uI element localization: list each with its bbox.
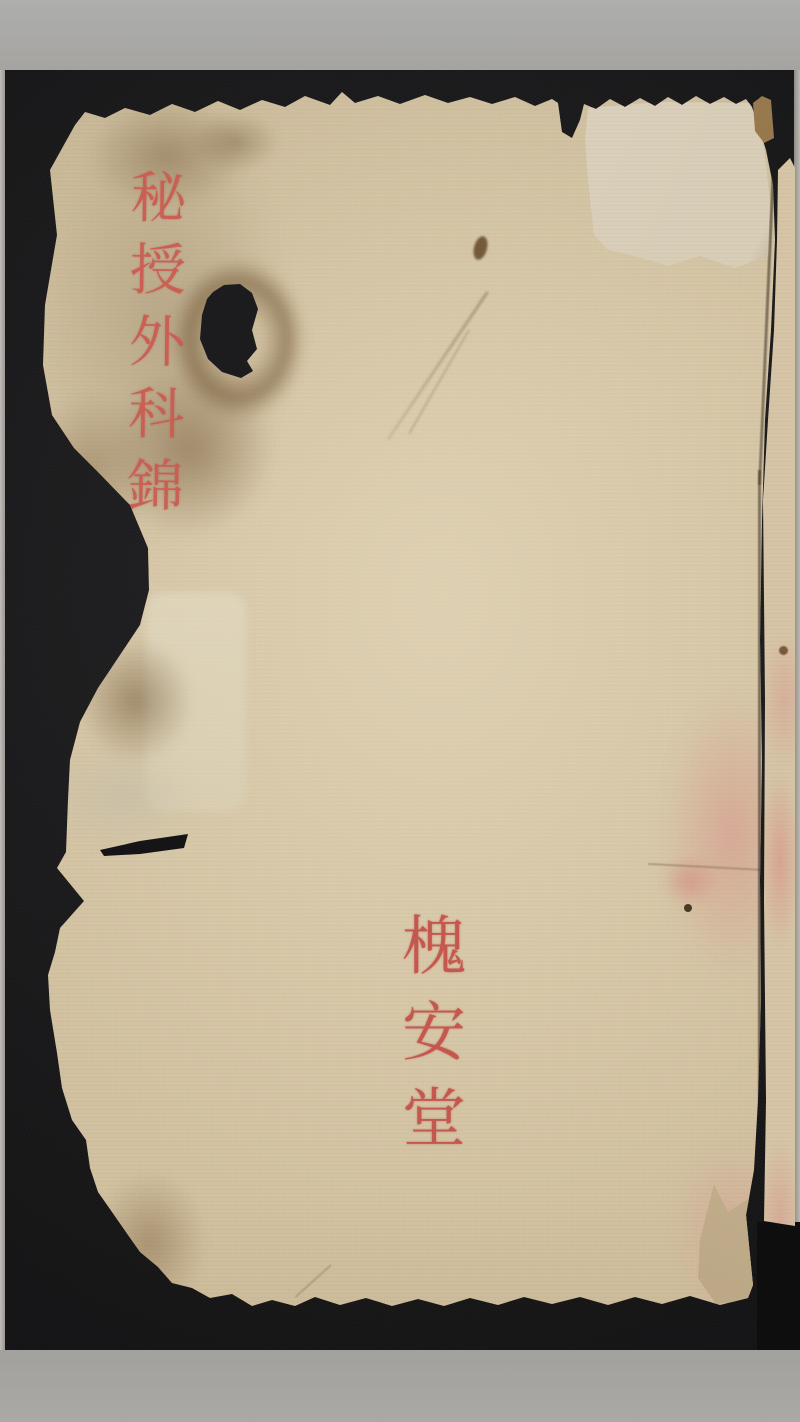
stain-underlayer-light	[146, 592, 246, 812]
small-dark-dot	[684, 904, 692, 912]
manuscript-scan-photo: 秘授外科錦 槐安堂	[0, 0, 800, 1422]
stain-top-edge-blob2	[190, 112, 280, 172]
backdrop-dark-corner	[757, 1222, 800, 1350]
crease-diagonal-scuff	[387, 291, 489, 440]
stain-pink-small	[660, 855, 718, 907]
crease-horizontal	[648, 863, 766, 871]
scanner-bed-left-edge	[0, 70, 5, 1350]
scanner-bed-top	[0, 0, 800, 70]
title-calligraphy: 秘授外科錦	[110, 168, 194, 529]
scanner-bed-bottom	[0, 1350, 800, 1422]
crease-bottom-left	[295, 1264, 332, 1298]
crease-diagonal-scuff2	[408, 330, 470, 435]
manuscript-cover-page: 秘授外科錦 槐安堂	[0, 0, 800, 1422]
hall-name-calligraphy: 槐安堂	[382, 912, 474, 1170]
ink-spot	[471, 235, 490, 262]
